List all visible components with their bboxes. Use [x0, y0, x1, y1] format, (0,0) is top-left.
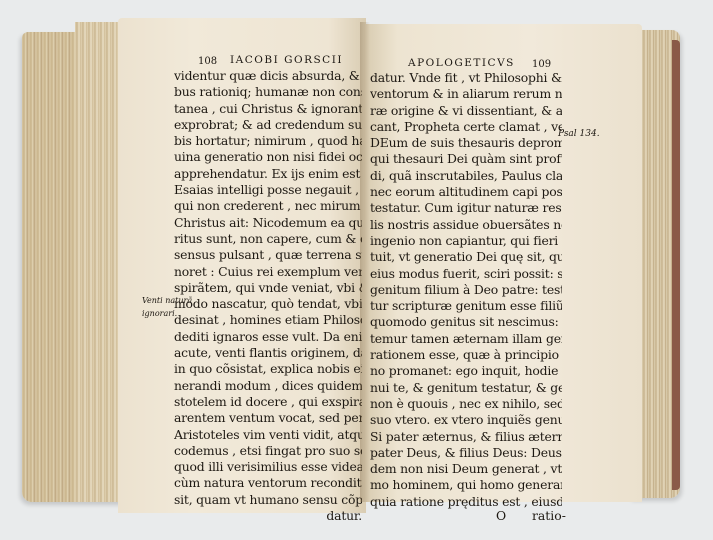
text-line: Christus ait: Nicodemum ea quæ spi- [174, 215, 362, 231]
text-line: uina generatio non nisi fidei oculis [174, 149, 362, 165]
catchword: ratio- [532, 508, 566, 523]
book-gutter [360, 22, 370, 502]
right-margin-note: Psal 134. [558, 128, 600, 141]
text-line: ræ origine & vi dissentiant, & alia di- [370, 103, 562, 119]
text-line: DEum de suis thesauris depromere, [370, 135, 562, 151]
margin-note-line: Venti naturã [142, 294, 197, 307]
right-page-text: datur. Vnde fit , vt Philosophi & invent… [370, 70, 562, 510]
text-line: quomodo genitus sit nescimus: fa- [370, 314, 562, 330]
text-line: di, quã inscrutabiles, Paulus clamat, [370, 168, 562, 184]
right-page: APOLOGETICVS 109 datur. Vnde fit , vt Ph… [364, 24, 642, 502]
text-line: spirãtem, qui vnde veniat, vbi & quo [174, 280, 362, 296]
text-line: testatur. Cum igitur naturæ res ocu- [370, 200, 562, 216]
text-line: bis hortatur; nimirum , quod hæc di- [174, 133, 362, 149]
text-line: tuit, vt generatio Dei quę sit, quique [370, 249, 562, 265]
text-line: stotelem id docere , qui exspirationẽ [174, 394, 362, 410]
text-line: temur tamen æternam illam gene- [370, 331, 562, 347]
text-line: tanea , cui Christus & ignorantiam [174, 101, 362, 117]
left-page-text: videntur quæ dicis absurda, & sensi-bus … [174, 68, 362, 524]
text-line: nui te, & genitum testatur, & genitũ [370, 380, 562, 396]
text-line: nerandi modum , dices quidem Ari- [174, 378, 362, 394]
text-line: Aristoteles vim venti vidit, atque Ni- [174, 427, 362, 443]
text-line: arentem ventum vocat, sed perinde [174, 410, 362, 426]
right-page-number: 109 [532, 59, 551, 70]
text-line: in quo cõsistat, explica nobis eius ge- [174, 361, 362, 377]
text-line: modo nascatur, quò tendat, vbi esse [174, 296, 362, 312]
text-line: sit, quam vt humano sensu cõprehen [174, 492, 362, 508]
text-line: ventorum & in aliarum rerum natu- [370, 86, 562, 102]
text-line: quod illi verisimilius esse videatur, [174, 459, 362, 475]
text-line: suo vtero. ex vtero inquiẽs genui te: [370, 412, 562, 428]
text-line: genitum filium à Deo patre: testan- [370, 282, 562, 298]
text-line: codemus , etsi fingat pro suo sensu, [174, 443, 362, 459]
text-line: ingenio non capiantur, qui fieri po- [370, 233, 562, 249]
text-line: qui thesauri Dei quàm sint profun- [370, 151, 562, 167]
text-line: desinat , homines etiam Philosophi [174, 312, 362, 328]
text-line: dediti ignaros esse vult. Da enim vir [174, 329, 362, 345]
text-line: cant, Propheta certe clamat , ventos [370, 119, 562, 135]
text-line: lis nostris assidue obuersãtes nostro [370, 217, 562, 233]
text-line: datur. Vnde fit , vt Philosophi & in [370, 70, 562, 86]
signature-mark: O [496, 508, 506, 523]
text-line: videntur quæ dicis absurda, & sensi- [174, 68, 362, 84]
right-running-header: APOLOGETICVS [408, 57, 515, 69]
left-margin-note: Venti naturã ignorari. [142, 294, 197, 320]
margin-note-line: ignorari. [142, 307, 197, 320]
open-book-photo: 108 IACOBI GORSCII videntur quæ dicis ab… [0, 0, 713, 540]
text-line: exprobrat; & ad credendum suis ver- [174, 117, 362, 133]
book-cover-edge [672, 40, 680, 490]
text-line: bus rationiq; humanæ non consen- [174, 84, 362, 100]
left-running-header: IACOBI GORSCII [230, 54, 343, 66]
text-line: tur scripturæ genitum esse filiũ Dei, [370, 298, 562, 314]
text-line: dem non nisi Deum generat , vt ho- [370, 461, 562, 477]
text-line: no promanet: ego inquit, hodie ge- [370, 363, 562, 379]
text-line: nec eorum altitudinem capi posse [370, 184, 562, 200]
text-line: qui non crederent , nec mirum est. [174, 198, 362, 214]
text-line: non è quouis , nec ex nihilo, sed de [370, 396, 562, 412]
text-line: Si pater æternus, & filius æternus : si [370, 429, 562, 445]
text-line: acute, venti flantis originem, da loci [174, 345, 362, 361]
text-line: pater Deus, & filius Deus: Deus siqui [370, 445, 562, 461]
text-line: noret : Cuius rei exemplum ventum [174, 264, 362, 280]
left-page-number: 108 [198, 56, 217, 67]
text-line: eius modus fuerit, sciri possit: scimus [370, 266, 562, 282]
text-line: cùm natura ventorum reconditior [174, 475, 362, 491]
text-line-last: datur. [174, 508, 362, 524]
text-line: Esaias intelligi posse negauit , ab is [174, 182, 362, 198]
left-page: 108 IACOBI GORSCII videntur quæ dicis ab… [118, 18, 366, 513]
text-line: mo hominem, qui homo generans, [370, 477, 562, 493]
text-line: sensus pulsant , quæ terrena sunt, ig- [174, 247, 362, 263]
text-line: rationem esse, quæ à principio æter- [370, 347, 562, 363]
text-line: apprehendatur. Ex ijs enim est , quæ [174, 166, 362, 182]
text-line: ritus sunt, non capere, cum & ea quæ [174, 231, 362, 247]
